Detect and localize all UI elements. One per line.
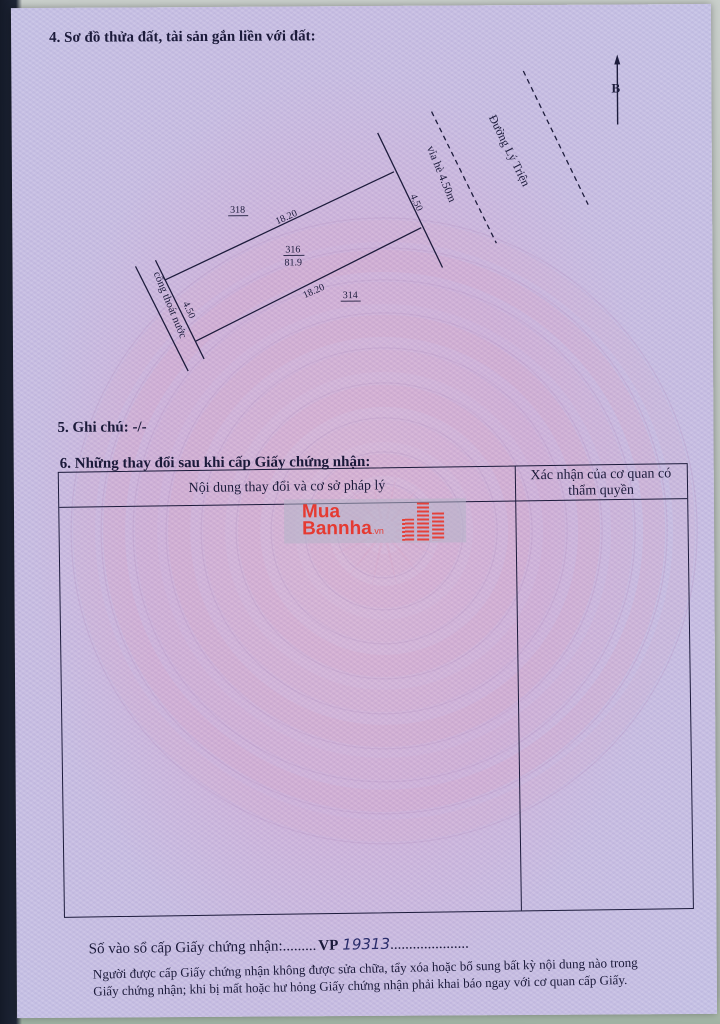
land-certificate-page: 4. Sơ đồ thửa đất, tài sản gắn liền với … [11,4,717,1018]
plot-front-width: 4.50 [407,192,424,212]
watermark-line2: Bannha [302,517,372,538]
certificate-notice: Người được cấp Giấy chứng nhận không đượ… [93,952,714,1000]
column-header-change-content: Nội dung thay đổi và cơ sở pháp lý [59,476,515,498]
plot-area: 81.9 [284,257,302,268]
watermark-suffix: .vn [372,525,384,535]
authority-confirmation-cell [516,499,693,910]
watermark-text: Mua Bannha.vn [302,502,384,539]
registration-number-line: Số vào sổ cấp Giấy chứng nhận:.........V… [89,934,469,959]
street-label: Đường Lý Triện [486,112,533,188]
plot-back-width: 4.50 [180,300,197,320]
plot-bottom-length: 18.20 [301,282,326,301]
building-bars-icon [402,500,448,540]
street-edge-line [523,71,588,205]
neighbor-parcel-north: 318 [230,205,245,216]
registration-label: Số vào sổ cấp Giấy chứng nhận: [89,938,283,957]
plot-top-length: 18.20 [274,208,299,227]
muabannha-watermark-logo: Mua Bannha.vn [284,498,466,543]
north-label: B [611,80,620,95]
neighbor-parcel-south: 314 [343,290,358,301]
section-5-notes: 5. Ghi chú: -/- [57,419,146,437]
column-header-authority-confirmation: Xác nhận của cơ quan có thẩm quyền [515,466,687,500]
north-arrow-icon: B [611,54,620,124]
registration-number: 19313 [342,935,390,954]
plot-bottom-edge [195,228,422,341]
land-plot-diagram: B Đường Lý Triện vỉa hè 4.50m 18.20 18.2… [11,4,713,418]
change-content-cell [59,501,521,916]
registration-prefix: VP [318,938,338,954]
plot-number: 316 [285,244,300,255]
